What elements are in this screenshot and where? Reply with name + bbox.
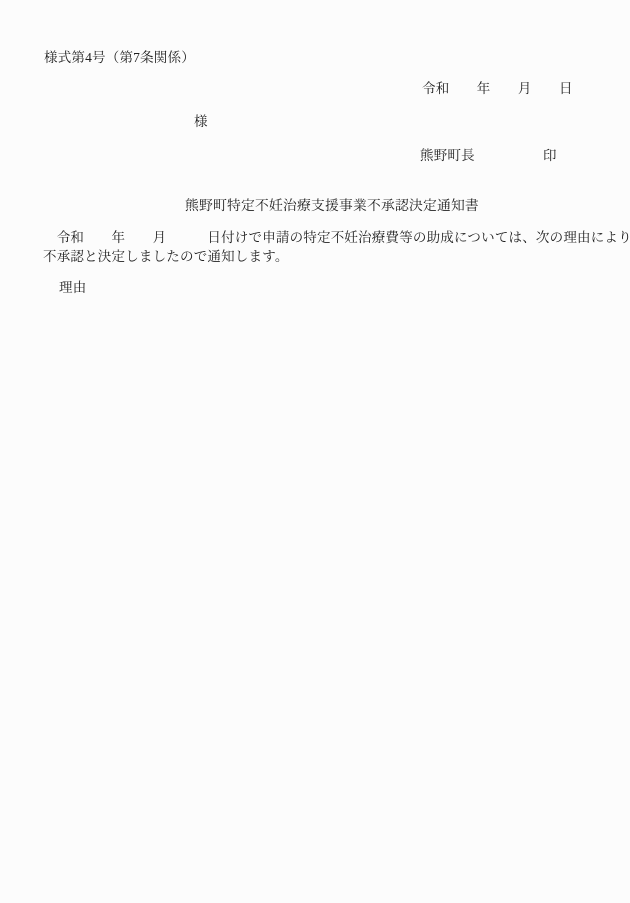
body-paragraph-line-1: 令和 年 月 日付けで申請の特定不妊治療費等の助成については、次の理由により [43,231,630,245]
document-title: 熊野町特定不妊治療支援事業不承認決定通知書 [185,199,479,213]
form-number-label: 様式第4号（第7条関係） [44,51,195,65]
document-page: 様式第4号（第7条関係） 令和 年 月 日 様 熊野町長 印 熊野町特定不妊治療… [0,0,630,903]
addressee-sama-label: 様 [194,115,208,129]
body-paragraph-line-2: 不承認と決定しましたので通知します。 [43,250,289,264]
issue-date-blank-line: 令和 年 月 日 [422,82,573,96]
seal-placeholder-label: 印 [543,149,557,163]
reason-label: 理由 [59,281,86,295]
issuer-mayor-label: 熊野町長 [420,149,475,163]
